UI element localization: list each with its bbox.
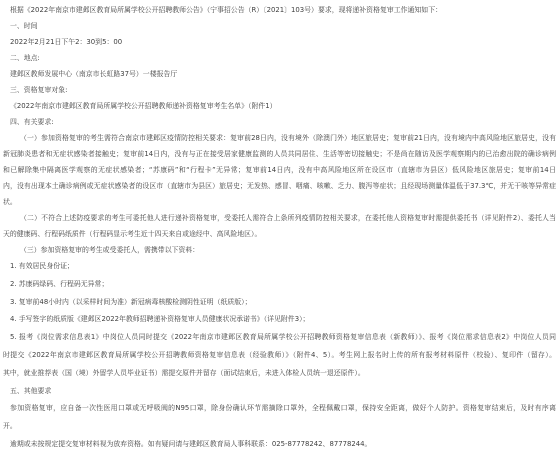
doc-line: 三、资格复审对象: xyxy=(3,82,556,98)
doc-line: 2022年2月21日下午2：30到5：00 xyxy=(3,34,556,50)
doc-line: 二、地点: xyxy=(3,50,556,66)
doc-line: 1. 有效居民身份证； xyxy=(3,258,556,276)
doc-line: 新冠肺炎患者和无症状感染者接触史；复审前14日内，没有与正在接受居家健康监测的人… xyxy=(3,146,556,162)
doc-line: 状。 xyxy=(3,194,556,210)
doc-line: 一、时间 xyxy=(3,18,556,34)
doc-line: 内，没有出现本土确诊病例或无症状感染者的设区市（直辖市为县区）旅居史；无发热、感… xyxy=(3,178,556,194)
doc-line: （三）参加资格复审的考生或受委托人，需携带以下资料： xyxy=(3,242,556,258)
doc-line: 5. 报考《岗位需求信息表1》中岗位人员同时提交《2022年南京市建邺区教育局所… xyxy=(3,329,556,347)
doc-line: 参加资格复审，应自备一次性医用口罩或无呼吸阀的N95口罩，除身份确认环节需摘除口… xyxy=(3,400,556,418)
doc-line: 《2022年南京市建邺区教育局所属学校公开招聘教师递补资格复审考生名单》（附件1… xyxy=(3,98,556,114)
doc-line: 逾期或未按规定提交复审材料视为放弃资格。如有疑问请与建邺区教育局人事科联系：02… xyxy=(3,436,556,454)
doc-line: 时提交《2022年南京市建邺区教育局所属学校公开招聘教师资格复审信息表（经验教师… xyxy=(3,347,556,365)
notice-document: 根据《2022年南京市建邺区教育局所属学校公开招聘教师公告》（宁事招公告（R）〔… xyxy=(0,0,560,455)
doc-line: （一）参加资格复审的考生需符合南京市建邺区疫情防控相关要求：复审前28日内，没有… xyxy=(3,130,556,146)
doc-line: 天的健康码、行程码纸质件（行程码显示考生近十四天来自或途经中、高风险地区）。 xyxy=(3,226,556,242)
doc-line: （二）不符合上述防疫要求的考生可委托他人进行递补资格复审，受委托人需符合上条所列… xyxy=(3,210,556,226)
doc-line: 五、其他要求 xyxy=(3,383,556,401)
doc-line: 四、有关要求: xyxy=(3,114,556,130)
doc-line: 根据《2022年南京市建邺区教育局所属学校公开招聘教师公告》（宁事招公告（R）〔… xyxy=(3,2,556,18)
doc-line: 和已解除集中隔离医学观察的无症状感染者；“苏康码”和“行程卡”无异常；复审前14… xyxy=(3,162,556,178)
doc-line: 4. 手写签字的纸质版《建邺区2022年教师招聘递补资格复审人员健康状况承诺书》… xyxy=(3,311,556,329)
doc-line: 2. 苏康码绿码、行程码无异常； xyxy=(3,276,556,294)
doc-line: 3. 复审前48小时内（以采样时间为准）新冠病毒核酸检测阴性证明（纸质版）； xyxy=(3,294,556,312)
doc-line: 其中，就业推荐表（国（境）外留学人员毕业证书）需提交原件并留存（面试结束后，未进… xyxy=(3,365,556,383)
doc-line: 建邺区教师发展中心（南京市长虹路37号）一楼报告厅 xyxy=(3,66,556,82)
doc-line: 开。 xyxy=(3,418,556,436)
